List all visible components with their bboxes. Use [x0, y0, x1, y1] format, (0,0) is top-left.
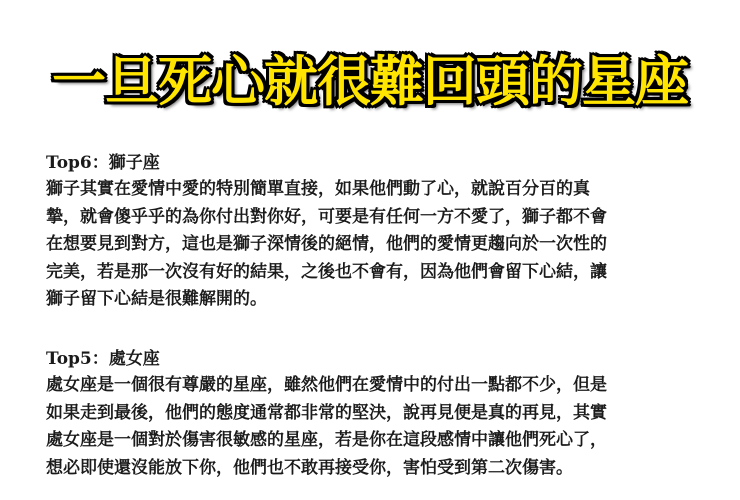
body-line: 摯，就會傻乎乎的為你付出對你好，可要是有任何一方不愛了，獅子都不會 [46, 204, 698, 232]
body-line: 在想要見到對方，這也是獅子深情後的絕情，他們的愛情更趨向於一次性的 [46, 231, 698, 259]
body-line: 想必即使還沒能放下你，他們也不敢再接受你，害怕受到第二次傷害。 [46, 455, 698, 483]
section-heading: Top6：獅子座 [46, 150, 698, 176]
body-line: 獅子留下心結是很難解開的。 [46, 286, 698, 314]
section-top5-virgo: Top5：處女座 處女座是一個很有尊嚴的星座，雖然他們在愛情中的付出一點都不少，… [46, 346, 698, 482]
page-title: 一旦死心就很難回頭的星座 [0, 46, 740, 116]
body-line: 完美，若是那一次沒有好的結果，之後也不會有，因為他們會留下心結，讓 [46, 259, 698, 287]
section-top6-leo: Top6：獅子座 獅子其實在愛情中愛的特別簡單直接，如果他們動了心，就說百分百的… [46, 150, 698, 314]
section-body: 獅子其實在愛情中愛的特別簡單直接，如果他們動了心，就說百分百的真 摯，就會傻乎乎… [46, 176, 698, 314]
body-line: 處女座是一個對於傷害很敏感的星座，若是你在這段感情中讓他們死心了， [46, 427, 698, 455]
section-heading: Top5：處女座 [46, 346, 698, 372]
body-line: 如果走到最後，他們的態度通常都非常的堅決，說再見便是真的再見，其實 [46, 400, 698, 428]
body-line: 處女座是一個很有尊嚴的星座，雖然他們在愛情中的付出一點都不少，但是 [46, 372, 698, 400]
section-body: 處女座是一個很有尊嚴的星座，雖然他們在愛情中的付出一點都不少，但是 如果走到最後… [46, 372, 698, 482]
body-line: 獅子其實在愛情中愛的特別簡單直接，如果他們動了心，就說百分百的真 [46, 176, 698, 204]
